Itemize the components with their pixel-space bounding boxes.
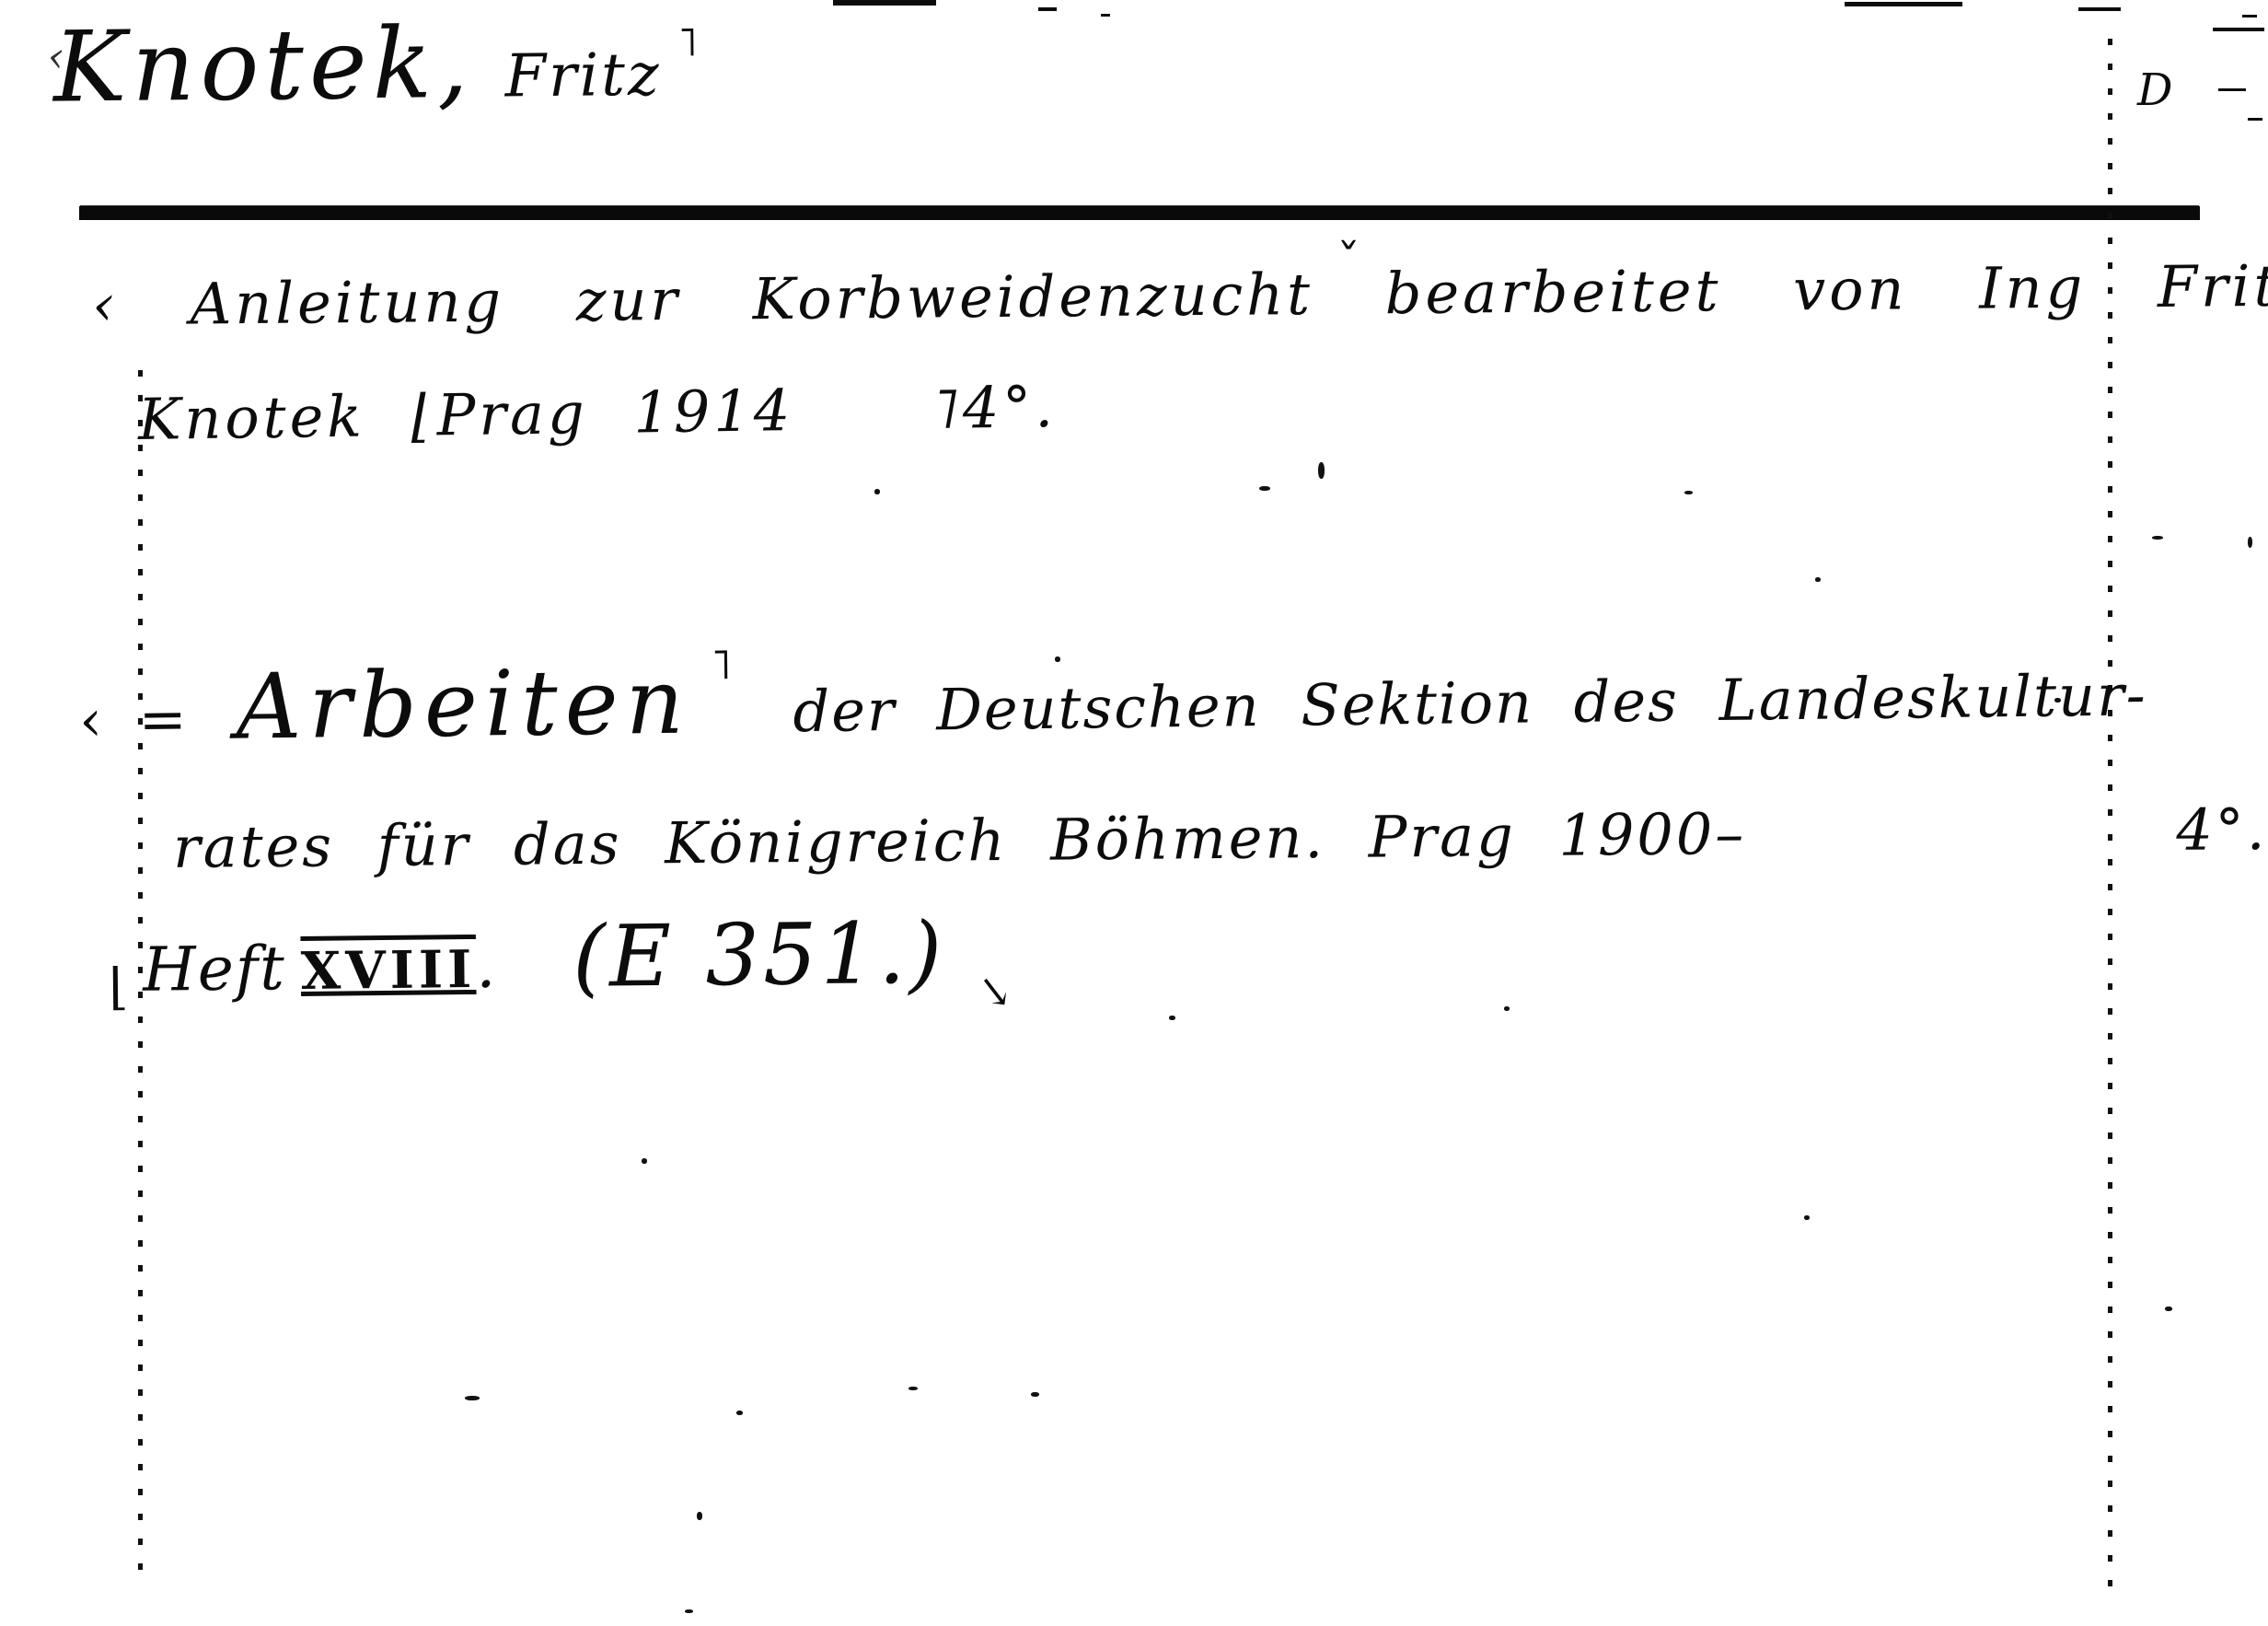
noise-speck (1318, 462, 1325, 479)
noise-speck (1259, 486, 1270, 491)
noise-speck (1055, 656, 1060, 662)
heft-label: Heft (143, 933, 286, 1005)
noise-speck (697, 1512, 702, 1520)
entry2-line1-rest: der Deutschen Sektion des Landeskultur- (793, 661, 2147, 745)
entry1-line1: ‹ Anleitung zur Korbweidenzucht bearbeit… (92, 251, 2268, 338)
shelfmark: (E 351.) (573, 904, 946, 1006)
noise-speck (908, 1387, 918, 1390)
scan-artifact-dash (2218, 88, 2246, 91)
insertion-bracket-mark: ⌊ (109, 958, 129, 1016)
noise-speck (2248, 537, 2252, 548)
scan-artifact-dash (1038, 7, 1057, 11)
heft-number-roman: XVIII (300, 939, 476, 1002)
drawer-letter: D (2137, 64, 2172, 116)
editorial-corner-mark: ˥ (677, 18, 698, 65)
caret-mark: ˇ (1336, 236, 1360, 291)
noise-speck (1804, 1215, 1810, 1220)
entry2-line2: rates für das Königreich Böhmen. Prag 19… (173, 796, 2268, 881)
heading-rule (79, 206, 2200, 220)
noise-speck (1684, 491, 1693, 494)
noise-speck (1504, 1006, 1510, 1011)
editorial-corner-mark: ˥ (711, 639, 732, 689)
entry2-line3: ⌊ Heft XVIII . (E 351.) ↘ (108, 903, 1012, 1011)
catalog-card-scan: ‹ Knotek, Fritz ˥ D ‹ Anleitung zur Korb… (0, 0, 2268, 1626)
heft-period: . (476, 931, 496, 1002)
noise-speck (2152, 536, 2163, 540)
noise-speck (642, 1158, 647, 1164)
entry2-series-title: Arbeiten (236, 650, 692, 761)
scan-artifact-dash (1845, 2, 1962, 6)
entry1-line2: Knotek ⌊Prag 1914 ˥4°. (138, 373, 1058, 453)
noise-speck (736, 1411, 743, 1415)
noise-speck (2165, 1307, 2172, 1311)
scan-artifact-dash (2078, 7, 2121, 11)
noise-speck (1169, 1016, 1175, 1020)
card-heading: Knotek, Fritz ˥ (52, 4, 698, 123)
noise-speck (2054, 698, 2061, 703)
heading-surname: Knotek, (52, 6, 474, 124)
entry2-lead-marks: ‹ = (79, 685, 196, 754)
noise-speck (1815, 577, 1821, 582)
entry2-line1: ‹ = Arbeiten ˥ der Deutschen Sektion des… (78, 632, 2147, 761)
noise-speck (465, 1396, 480, 1400)
scan-artifact-dash (2213, 28, 2264, 31)
heading-forename: Fritz (504, 41, 662, 111)
scan-artifact-dash (1101, 14, 1110, 17)
scan-artifact-dash (2248, 118, 2262, 121)
scan-artifact-dash (2242, 15, 2257, 17)
noise-speck (685, 1609, 693, 1613)
noise-speck (1031, 1392, 1039, 1397)
scan-artifact-dash (833, 0, 936, 6)
arrow-mark: ↘ (974, 964, 1015, 1018)
noise-speck (874, 489, 880, 494)
